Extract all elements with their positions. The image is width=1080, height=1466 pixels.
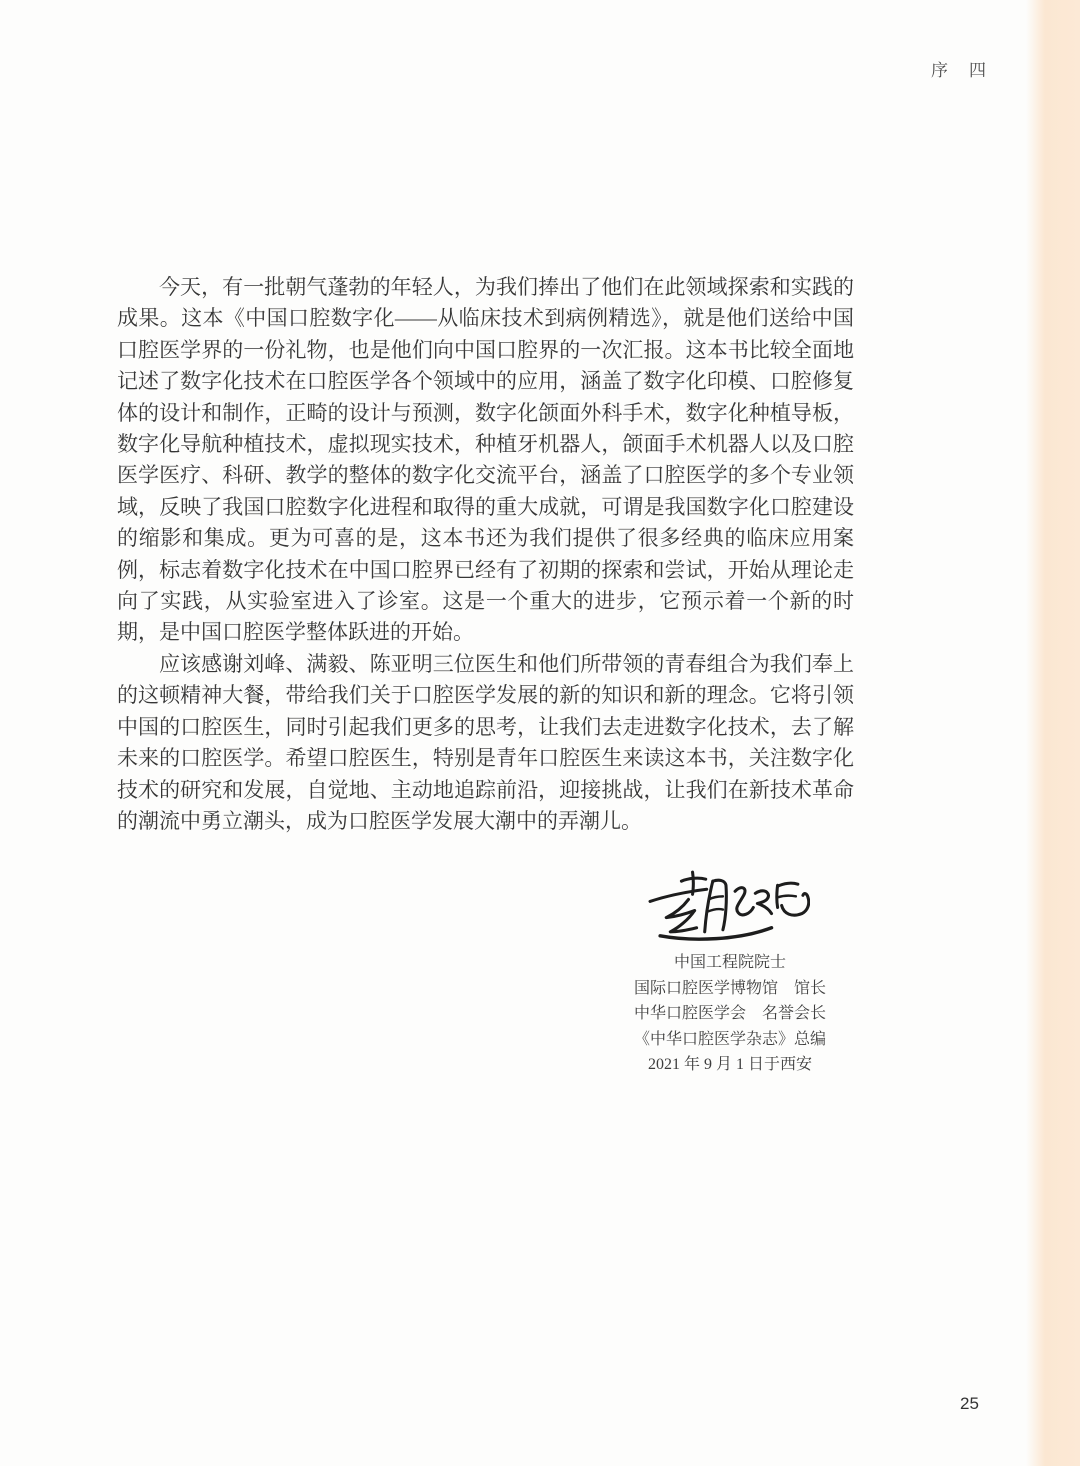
signature-title-journal: 《中华口腔医学杂志》总编	[555, 1027, 905, 1053]
signature-titles-block: 中国工程院院士 国际口腔医学博物馆 馆长 中华口腔医学会 名誉会长 《中华口腔医…	[555, 950, 905, 1078]
signature-date-place: 2021 年 9 月 1 日于西安	[555, 1052, 905, 1078]
signature-title-society: 中华口腔医学会 名誉会长	[555, 1001, 905, 1027]
preface-body: 今天，有一批朝气蓬勃的年轻人，为我们捧出了他们在此领域探索和实践的成果。这本《中…	[117, 272, 854, 837]
page-edge-band	[1026, 0, 1080, 1466]
paragraph-2: 应该感谢刘峰、满毅、陈亚明三位医生和他们所带领的青春组合为我们奉上的这顿精神大餐…	[117, 649, 854, 837]
page-number: 25	[960, 1394, 979, 1414]
paragraph-1: 今天，有一批朝气蓬勃的年轻人，为我们捧出了他们在此领域探索和实践的成果。这本《中…	[117, 272, 854, 649]
signature-title-museum: 国际口腔医学博物馆 馆长	[555, 976, 905, 1002]
page-header-title: 序 四	[931, 56, 988, 81]
signature-title-academician: 中国工程院院士	[555, 950, 905, 976]
book-page: 序 四 今天，有一批朝气蓬勃的年轻人，为我们捧出了他们在此领域探索和实践的成果。…	[0, 0, 1080, 1466]
handwritten-signature	[648, 868, 810, 946]
